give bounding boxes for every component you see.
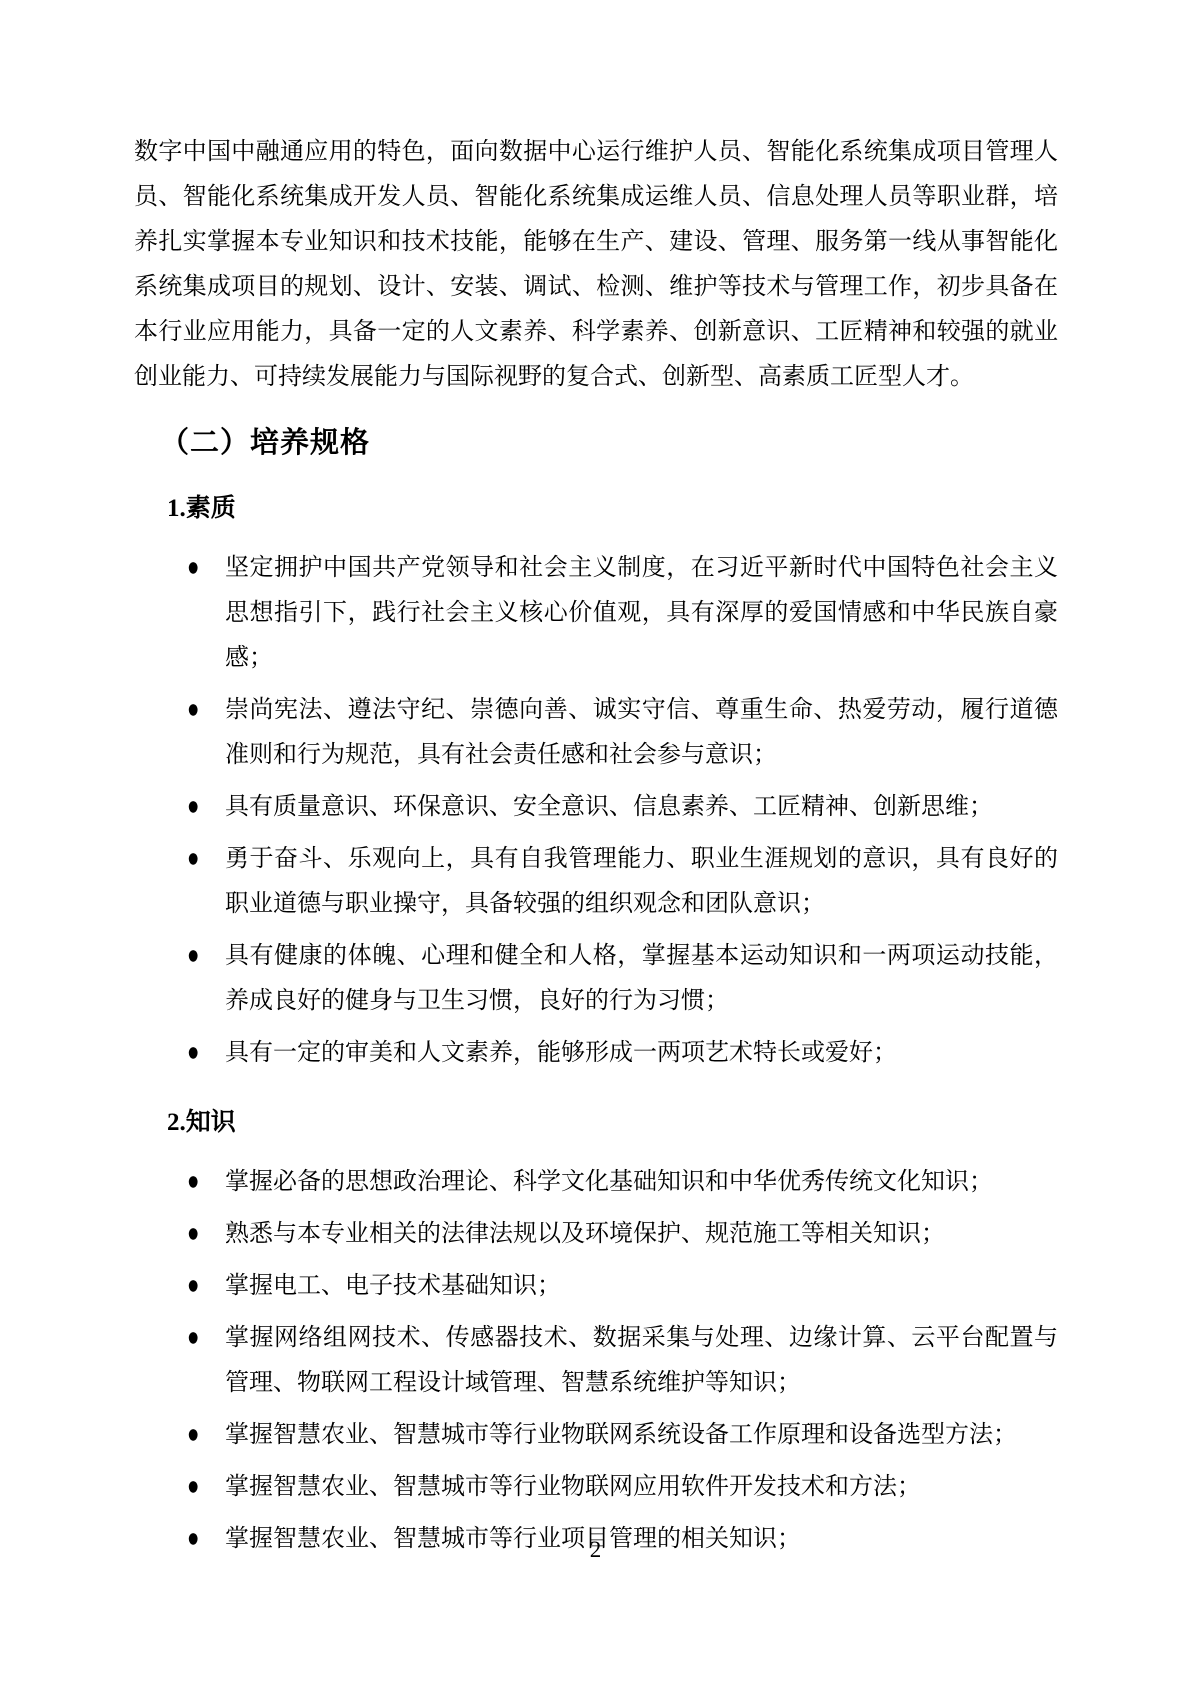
bullet-icon: ● xyxy=(187,1168,199,1195)
document-page: 数字中国中融通应用的特色，面向数据中心运行维护人员、智能化系统集成项目管理人员、… xyxy=(0,0,1191,1684)
bullet-icon: ● xyxy=(187,1473,199,1500)
list-item-text: 坚定拥护中国共产党领导和社会主义制度，在习近平新时代中国特色社会主义思想指引下，… xyxy=(225,555,1058,671)
bullet-icon: ● xyxy=(187,793,199,820)
bullet-icon: ● xyxy=(187,1324,199,1351)
list-item: ● 具有质量意识、环保意识、安全意识、信息素养、工匠精神、创新思维； xyxy=(134,785,1058,830)
list-item: ● 崇尚宪法、遵法守纪、崇德向善、诚实守信、尊重生命、热爱劳动，履行道德准则和行… xyxy=(134,688,1058,778)
page-number: 2 xyxy=(0,1536,1191,1564)
list-item: ● 勇于奋斗、乐观向上，具有自我管理能力、职业生涯规划的意识，具有良好的职业道德… xyxy=(134,837,1058,927)
list-item-text: 崇尚宪法、遵法守纪、崇德向善、诚实守信、尊重生命、热爱劳动，履行道德准则和行为规… xyxy=(225,697,1058,768)
list-item: ● 掌握必备的思想政治理论、科学文化基础知识和中华优秀传统文化知识； xyxy=(134,1160,1058,1205)
list-item-text: 具有一定的审美和人文素养，能够形成一两项艺术特长或爱好； xyxy=(225,1040,897,1066)
list-item: ● 掌握网络组网技术、传感器技术、数据采集与处理、边缘计算、云平台配置与管理、物… xyxy=(134,1316,1058,1406)
list-item-text: 具有质量意识、环保意识、安全意识、信息素养、工匠精神、创新思维； xyxy=(225,794,993,820)
bullet-icon: ● xyxy=(187,554,199,581)
list-item: ● 掌握智慧农业、智慧城市等行业物联网应用软件开发技术和方法； xyxy=(134,1465,1058,1510)
intro-paragraph: 数字中国中融通应用的特色，面向数据中心运行维护人员、智能化系统集成项目管理人员、… xyxy=(134,130,1058,400)
list-item: ● 具有一定的审美和人文素养，能够形成一两项艺术特长或爱好； xyxy=(134,1031,1058,1076)
bullet-icon: ● xyxy=(187,1421,199,1448)
list-item: ● 掌握智慧农业、智慧城市等行业物联网系统设备工作原理和设备选型方法； xyxy=(134,1413,1058,1458)
subsection-heading-quality: 1.素质 xyxy=(167,494,1058,524)
subsection-heading-knowledge: 2.知识 xyxy=(167,1108,1058,1138)
bullet-icon: ● xyxy=(187,696,199,723)
knowledge-bullet-list: ● 掌握必备的思想政治理论、科学文化基础知识和中华优秀传统文化知识； ● 熟悉与… xyxy=(134,1160,1058,1562)
list-item: ● 熟悉与本专业相关的法律法规以及环境保护、规范施工等相关知识； xyxy=(134,1212,1058,1257)
list-item: ● 掌握电工、电子技术基础知识； xyxy=(134,1264,1058,1309)
list-item-text: 勇于奋斗、乐观向上，具有自我管理能力、职业生涯规划的意识，具有良好的职业道德与职… xyxy=(225,846,1058,917)
list-item-text: 熟悉与本专业相关的法律法规以及环境保护、规范施工等相关知识； xyxy=(225,1221,945,1247)
list-item-text: 具有健康的体魄、心理和健全和人格，掌握基本运动知识和一两项运动技能，养成良好的健… xyxy=(225,943,1058,1014)
bullet-icon: ● xyxy=(187,1220,199,1247)
bullet-icon: ● xyxy=(187,942,199,969)
list-item-text: 掌握智慧农业、智慧城市等行业物联网系统设备工作原理和设备选型方法； xyxy=(225,1422,1017,1448)
bullet-icon: ● xyxy=(187,1272,199,1299)
list-item-text: 掌握必备的思想政治理论、科学文化基础知识和中华优秀传统文化知识； xyxy=(225,1169,993,1195)
list-item: ● 坚定拥护中国共产党领导和社会主义制度，在习近平新时代中国特色社会主义思想指引… xyxy=(134,546,1058,681)
list-item-text: 掌握网络组网技术、传感器技术、数据采集与处理、边缘计算、云平台配置与管理、物联网… xyxy=(225,1325,1058,1396)
bullet-icon: ● xyxy=(187,1039,199,1066)
document-content: 数字中国中融通应用的特色，面向数据中心运行维护人员、智能化系统集成项目管理人员、… xyxy=(134,130,1058,1569)
list-item-text: 掌握智慧农业、智慧城市等行业物联网应用软件开发技术和方法； xyxy=(225,1474,921,1500)
section-heading-training-specs: （二）培养规格 xyxy=(160,424,1058,462)
bullet-icon: ● xyxy=(187,845,199,872)
list-item-text: 掌握电工、电子技术基础知识； xyxy=(225,1273,561,1299)
list-item: ● 具有健康的体魄、心理和健全和人格，掌握基本运动知识和一两项运动技能，养成良好… xyxy=(134,934,1058,1024)
quality-bullet-list: ● 坚定拥护中国共产党领导和社会主义制度，在习近平新时代中国特色社会主义思想指引… xyxy=(134,546,1058,1076)
